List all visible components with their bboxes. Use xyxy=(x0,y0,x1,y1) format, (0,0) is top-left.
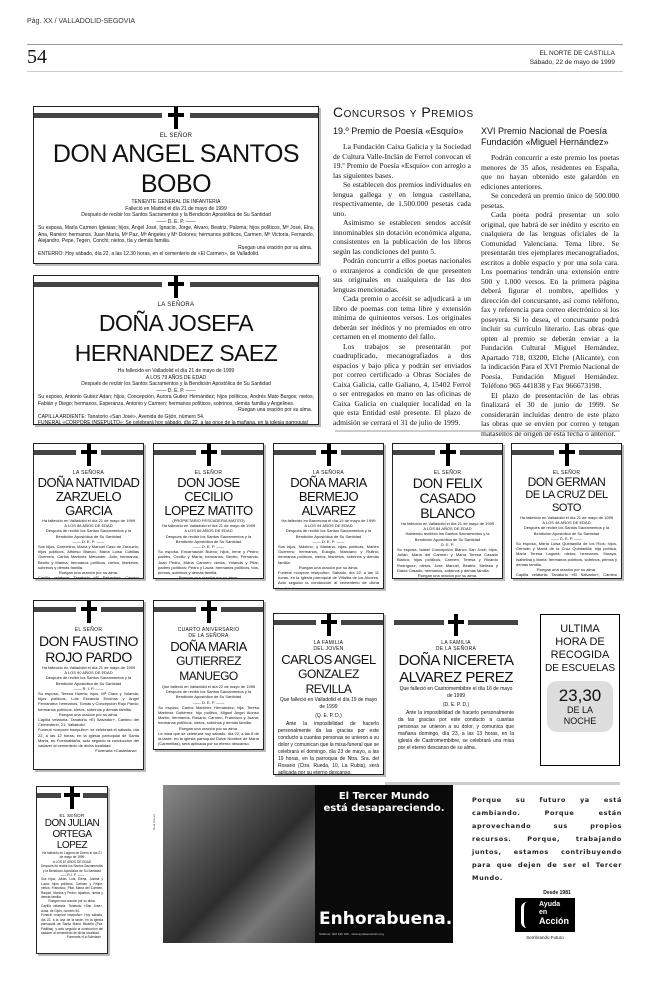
ad-body-text: Porque su futuro ya está cambiando. Porq… xyxy=(472,794,622,885)
deceased-name: DOÑA JOSEFA HERNANDEZ SAEZ xyxy=(34,308,318,368)
cross-icon xyxy=(438,444,458,466)
contest-paragraph: Se establecen dos premios individuales e… xyxy=(333,180,471,218)
contest-paragraph: Cada premio o accésit se adjudicará a un… xyxy=(333,294,471,342)
chapel-info: Capilla velatoria: Tanatorio «El Salvado… xyxy=(34,717,143,727)
logo-line: Acción xyxy=(539,917,569,925)
deceased-name: CARLOS ANGEL xyxy=(274,652,383,667)
time-suffix: NOCHE xyxy=(547,716,613,727)
family-list: Su esposa, María Carmen Iglesias; hijos,… xyxy=(34,225,318,245)
deceased-name: DON JULIAN xyxy=(37,818,107,829)
obituary-gonzalez-revilla: LA FAMILIA DEL JOVEN CARLOS ANGEL GONZAL… xyxy=(273,613,384,775)
contest-paragraph: Cada poeta podrá presentar un solo origi… xyxy=(481,210,619,391)
contests-section: Concursos y Premios 19.º Premio de Poesí… xyxy=(333,104,619,422)
sacraments: Después de recibir los Santos Sacramento… xyxy=(154,689,263,699)
acknowledgement-text: Ante la imposibilidad de hacerlo persona… xyxy=(274,721,383,775)
ad-photo-child xyxy=(163,785,315,943)
notice-line: HORA DE xyxy=(541,636,619,649)
sacraments: Después de recibir los Santos Sacramento… xyxy=(34,528,143,538)
funeral-info: Funeral «corpore insepulto»: Hoy sábado,… xyxy=(37,913,107,935)
issue-date: Sábado, 22 de mayo de 1999 xyxy=(530,58,615,67)
cross-icon xyxy=(79,601,99,623)
ad-since: Desde 1981 xyxy=(527,890,587,896)
family-list: Su esposo, Carlos Martínez Hernández; hi… xyxy=(154,705,263,726)
deceased-name: DOÑA MARIA xyxy=(274,476,383,490)
sacraments: Después de recibir los Santos Sacramento… xyxy=(274,528,383,538)
masthead: EL NORTE DE CASTILLA Sábado, 22 de mayo … xyxy=(530,49,615,67)
cross-icon xyxy=(557,444,577,466)
deceased-surname: GUTIERREZ MANUEGO xyxy=(154,654,263,684)
ad-slogan: Enhorabuena. xyxy=(319,909,452,929)
deceased-surname: ROJO PARDO xyxy=(34,649,143,665)
contest-miguel-hernandez: XVI Premio Nacional de Poesía Fundación … xyxy=(481,126,619,438)
acknowledgement-text: Ante la imposibilidad de hacerlo persona… xyxy=(394,710,518,752)
logo-line: Ayuda xyxy=(539,901,569,909)
cross-icon xyxy=(79,444,99,466)
sacraments: Después de recibir los Santos Sacramento… xyxy=(34,675,143,685)
deceased-name: DON FELIX xyxy=(393,476,502,491)
contest-title: XVI Premio Nacional de Poesía Fundación … xyxy=(481,126,619,148)
school-pickup-notice: ULTIMA HORA DE RECOGIDA DE ESCUELAS 23,3… xyxy=(540,614,620,766)
section-divider xyxy=(335,430,620,432)
obituary-zarzuelo-garcia: LA SEÑORA DOÑA NATIVIDAD ZARZUELO GARCIA… xyxy=(33,443,144,579)
ad-dark-panel: El Tercer Mundo está desapareciendo. Enh… xyxy=(315,785,453,943)
contest-paragraph: Los trabajos se presentarán por cuadrupl… xyxy=(333,342,471,428)
logo-flame-icon xyxy=(521,902,531,928)
deceased-name: DOÑA NATIVIDAD xyxy=(34,476,143,490)
obituary-casado-blanco: EL SEÑOR DON FELIX CASADO BLANCO Ha fall… xyxy=(392,443,503,579)
contest-paragraph: Asimismo se establecen sendos accésit in… xyxy=(333,218,471,256)
time-suffix: DE LA xyxy=(547,705,613,716)
obituary-cruz-del-soto: EL SEÑOR DON GERMAN DE LA CRUZ DEL SOTO … xyxy=(511,443,622,579)
section-label: Pág. XX / VALLADOLID-SEGOVIA xyxy=(27,18,135,25)
family-list: Su esposa, Isabel Concepción Blanco San … xyxy=(393,547,502,573)
family-list: Su esposo, Antonio Gutiez Adan; hijos, C… xyxy=(34,394,318,407)
sacraments: Habiendo recibido los Santos Sacramentos… xyxy=(393,531,502,541)
rip: (D. E. P. D.) xyxy=(394,700,518,710)
deceased-surname: ORTEGA LOPEZ xyxy=(37,829,107,851)
contests-heading: Concursos y Premios xyxy=(333,104,619,120)
mass-info: La misa que se celebrará hoy sábado, día… xyxy=(154,731,263,747)
family-list: Su esposa, María Luisa Quintanilla de lo… xyxy=(512,541,621,567)
deceased-surname: CASADO BLANCO xyxy=(393,491,502,521)
chapel-info: Capilla velatoria: Tanatorio «San José»,… xyxy=(37,904,107,913)
death-date: Que falleció en Valladolid el día 19 de … xyxy=(274,697,383,711)
obituary-gutierrez-manuego: CUARTO ANIVERSARIO DE LA SEÑORA DOÑA MAR… xyxy=(153,600,264,750)
obituary-ortega-lopez: EL SEÑOR DON JULIAN ORTEGA LOPEZ Ha fall… xyxy=(36,786,108,954)
time-badge: 23,30 DE LA NOCHE xyxy=(547,681,613,732)
header-rule-bottom xyxy=(27,71,623,72)
obituary-rojo-pardo: EL SEÑOR DON FAUSTINO ROJO PARDO Ha fall… xyxy=(33,600,144,770)
notice-line: ULTIMA xyxy=(541,623,619,636)
contest-paragraph: Podrán concurrir a ellos poetas nacional… xyxy=(333,256,471,294)
chapel-info: Capilla velatoria: Tanatorio «El Salvado… xyxy=(512,572,621,579)
family-list: Sus hijos, Máximo, y Mariano; hijas polí… xyxy=(274,544,383,565)
death-date: Que falleció en Castromembibre el día 16… xyxy=(394,686,518,700)
header-rule-top xyxy=(27,44,623,45)
contest-paragraph: Se concederá un premio único de 500.000 … xyxy=(481,191,619,210)
cross-icon xyxy=(319,614,339,636)
sacraments: Después de recibir los Santos Sacramento… xyxy=(154,534,263,544)
cross-icon xyxy=(62,787,82,809)
obituary-santos-bobo: EL SEÑOR DON ANGEL SANTOS BOBO TENIENTE … xyxy=(33,106,319,264)
newspaper-name: EL NORTE DE CASTILLA xyxy=(530,49,615,58)
deceased-name: DOÑA NICERETA xyxy=(394,652,518,669)
burial-info: ENTERRO: Hoy sábado, día 22, a las 12.30… xyxy=(34,251,318,258)
deceased-name: DOÑA MARIA xyxy=(154,639,263,654)
contest-paragraph: La Fundación Caixa Galicia y la Sociedad… xyxy=(333,142,471,180)
page-number: 54 xyxy=(27,46,47,69)
contest-paragraph: Podrán concurrir a este premio los poeta… xyxy=(481,153,619,191)
deceased-surname: DE LA CRUZ DEL SOTO xyxy=(512,489,621,515)
cross-icon xyxy=(166,276,186,298)
family-list: Sus hijos, Julián, Luis, Elena, Justina … xyxy=(37,877,107,899)
cross-icon xyxy=(166,107,186,129)
rip: (Q. E. P. D.) xyxy=(274,711,383,721)
funeral-info: Funeral «corpore insepulto»: se celebrar… xyxy=(34,727,143,748)
funeral-home: Funeraria «Castellana» xyxy=(34,748,143,753)
deceased-surname: LOPEZ MATITO xyxy=(154,504,263,518)
ad-headline: El Tercer Mundo está desapareciendo. xyxy=(315,791,453,815)
contest-esquio: 19.º Premio de Poesía «Esquío» La Fundac… xyxy=(333,126,471,438)
deceased-name: DON JOSE CECILIO xyxy=(154,476,263,504)
obituary-lopez-matito: EL SEÑOR DON JOSE CECILIO LOPEZ MATITO (… xyxy=(153,443,264,579)
chapel-info: Capilla velatoria: Tanatorio del Hospita… xyxy=(393,578,502,579)
ad-contact: Teléfono: 902 196 196 · www.ayudaenaccio… xyxy=(319,932,384,936)
deceased-surname: ALVAREZ PEREZ xyxy=(394,669,518,686)
notice-line: DE ESCUELAS xyxy=(541,662,619,675)
ad-tagline: Sembrando Futuro xyxy=(515,935,575,940)
family-list: Su esposa, Teresa Huerta; hijos, Mª Clar… xyxy=(34,691,143,712)
cross-icon xyxy=(199,444,219,466)
deceased-surname: ZARZUELO GARCIA xyxy=(34,490,143,518)
family-list: Su esposa, Encarnación Bueno; hijos, Ire… xyxy=(154,549,263,575)
chapel-info: Capilla velatoria: Tanatorio «El Salvado… xyxy=(34,575,143,579)
ad-headline-line: está desapareciendo. xyxy=(315,803,453,815)
cross-icon xyxy=(319,444,339,466)
sacraments: Después de recibir los Santos Sacramento… xyxy=(512,525,621,535)
funeral-info: FUNERAL «CORPORE INSEPULTO»: Se celebrar… xyxy=(34,420,318,425)
deceased-surname: GONZALEZ REVILLA xyxy=(274,667,383,697)
cross-icon xyxy=(446,614,466,636)
pickup-time: 23,30 xyxy=(547,686,613,705)
deceased-surname: BERMEJO ALVAREZ xyxy=(274,490,383,518)
ayuda-en-accion-logo: Ayuda en Acción xyxy=(515,898,575,932)
deceased-name: DON GERMAN xyxy=(512,476,621,489)
prayer: Ruegan una oración por su alma. xyxy=(154,575,263,579)
death-date: Ha fallecido en Laguna de Duero el día 2… xyxy=(37,851,107,860)
obituary-alvarez-perez: LA FAMILIA DE LA SEÑORA DOÑA NICERETA AL… xyxy=(393,613,519,773)
deceased-name: DON FAUSTINO xyxy=(34,633,143,649)
cross-icon xyxy=(199,601,219,623)
obituary-hernandez-saez: LA SEÑORA DOÑA JOSEFA HERNANDEZ SAEZ Ha … xyxy=(33,275,319,425)
funeral-info: Funeral «corpore insepulto»: Sábado, día… xyxy=(274,570,383,589)
deceased-name: DON ANGEL SANTOS BOBO xyxy=(34,139,318,199)
notice-line: RECOGIDA xyxy=(541,649,619,662)
ad-headline-line: El Tercer Mundo xyxy=(315,791,453,803)
contest-title: 19.º Premio de Poesía «Esquío» xyxy=(333,126,471,137)
obituary-bermejo-alvarez: LA SEÑORA DOÑA MARIA BERMEJO ALVAREZ Ha … xyxy=(273,443,384,589)
logo-text: Ayuda en Acción xyxy=(539,901,569,925)
family-list: Sus hijos, Carmelina, María y Manuel Cas… xyxy=(34,544,143,570)
sacraments: Después de recibir los Santos Sacramento… xyxy=(37,864,107,873)
funeral-home: Funeraria «La Soledad» xyxy=(37,935,107,939)
photo-credit: Raúl Nieves xyxy=(152,790,158,830)
